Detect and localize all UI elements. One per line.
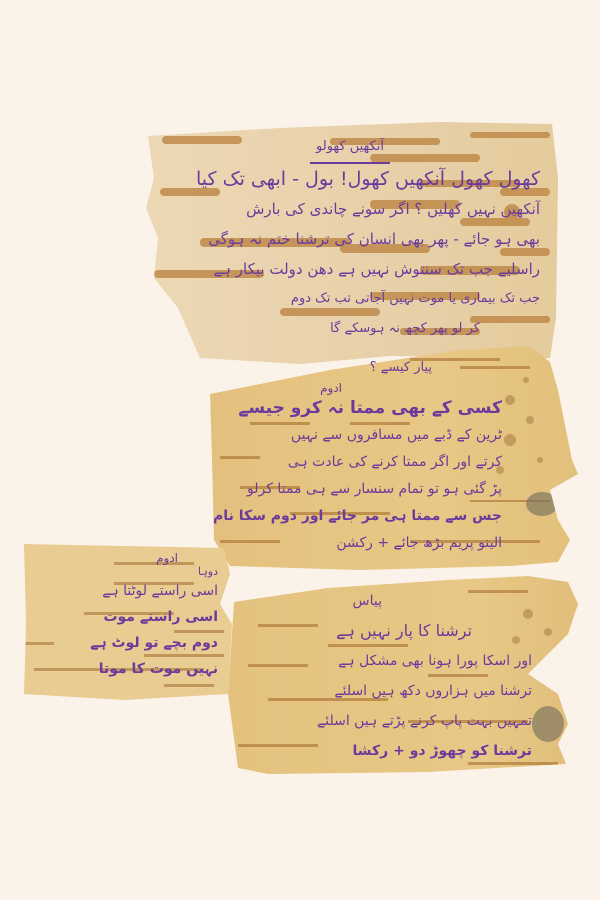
poem-line: تمہیں بہت پاپ کرنے پڑتے ہیں اسلئے (242, 706, 532, 736)
bark-fragment-1: آنکھیں کھولو کھول کھول آنکھیں کھول! بول … (140, 118, 560, 368)
poem-line: آنکھیں نہیں کھلیں ؟ اگر سونے چاندی کی با… (160, 194, 540, 224)
poem-text: ادوم دوہا اسی راستے لوٹتا ہے اسی راستے م… (38, 550, 218, 682)
bark-fragment-2: پیار کیسے ؟ ادوم کسی کے بھی ممتا نہ کرو … (210, 340, 585, 580)
bark-fragment-4: پیاس ترشنا کا پار نہیں ہے اور اسکا پورا … (228, 574, 590, 774)
poem-title: ادوم (38, 550, 218, 566)
poem-line: دوہا (38, 566, 218, 578)
poem-line: نہیں موت کا موتا (38, 656, 218, 682)
poem-line: الینو پریم بڑھ جائے + رکشن (222, 530, 502, 557)
poem-line: کرتے اور اگر ممتا کرنے کی عادت ہی (222, 449, 502, 476)
poem-line: کھول کھول آنکھیں کھول! بول - ابھی تک کیا (160, 164, 540, 194)
poem-line: پڑ گئی ہو تو تمام سنسار سے ہی ممتا کرلو (222, 476, 502, 503)
poem-text: پیار کیسے ؟ ادوم کسی کے بھی ممتا نہ کرو … (222, 354, 502, 557)
poem-subtitle: ادوم (222, 381, 502, 395)
poem-line: راسلیے جب تک سنتوش نہیں ہے دھن دولت بیکا… (160, 254, 540, 284)
poem-title: پیاس (242, 586, 532, 616)
poem-title: آنکھیں کھولو (310, 132, 390, 164)
poem-title: پیار کیسے ؟ (222, 354, 502, 381)
poem-line: اسی راستے لوٹتا ہے (38, 578, 218, 604)
bark-fragment-3: ادوم دوہا اسی راستے لوٹتا ہے اسی راستے م… (24, 544, 236, 700)
poem-line: اسی راستے موت (38, 604, 218, 630)
poem-line: جب تک بیماری یا موت نہیں آجاتی تب تک دوم (160, 284, 540, 314)
poem-line: ٹرین کے ڈبے میں مسافروں سے نہیں (222, 422, 502, 449)
poem-line: ترشنا کا پار نہیں ہے (242, 616, 532, 646)
poem-text: آنکھیں کھولو کھول کھول آنکھیں کھول! بول … (160, 132, 540, 344)
poem-line: کسی کے بھی ممتا نہ کرو جیسے (222, 395, 502, 422)
poem-text: پیاس ترشنا کا پار نہیں ہے اور اسکا پورا … (242, 586, 532, 766)
photo-stage: آنکھیں کھولو کھول کھول آنکھیں کھول! بول … (0, 0, 600, 900)
poem-line: ترشنا کو چھوڑ دو + رکشا (242, 736, 532, 766)
poem-line: جس سے ممتا ہی مر جائے اور دوم سکا نام (222, 503, 502, 530)
poem-line: ترشنا میں ہزاروں دکھ ہیں اسلئے (242, 676, 532, 706)
poem-line: بھی ہو جائے - پھر بھی انسان کی ترشنا ختم… (160, 224, 540, 254)
poem-line: اور اسکا پورا ہونا بھی مشکل ہے (242, 646, 532, 676)
poem-line: دوم بچے تو لوٹ ہے (38, 630, 218, 656)
